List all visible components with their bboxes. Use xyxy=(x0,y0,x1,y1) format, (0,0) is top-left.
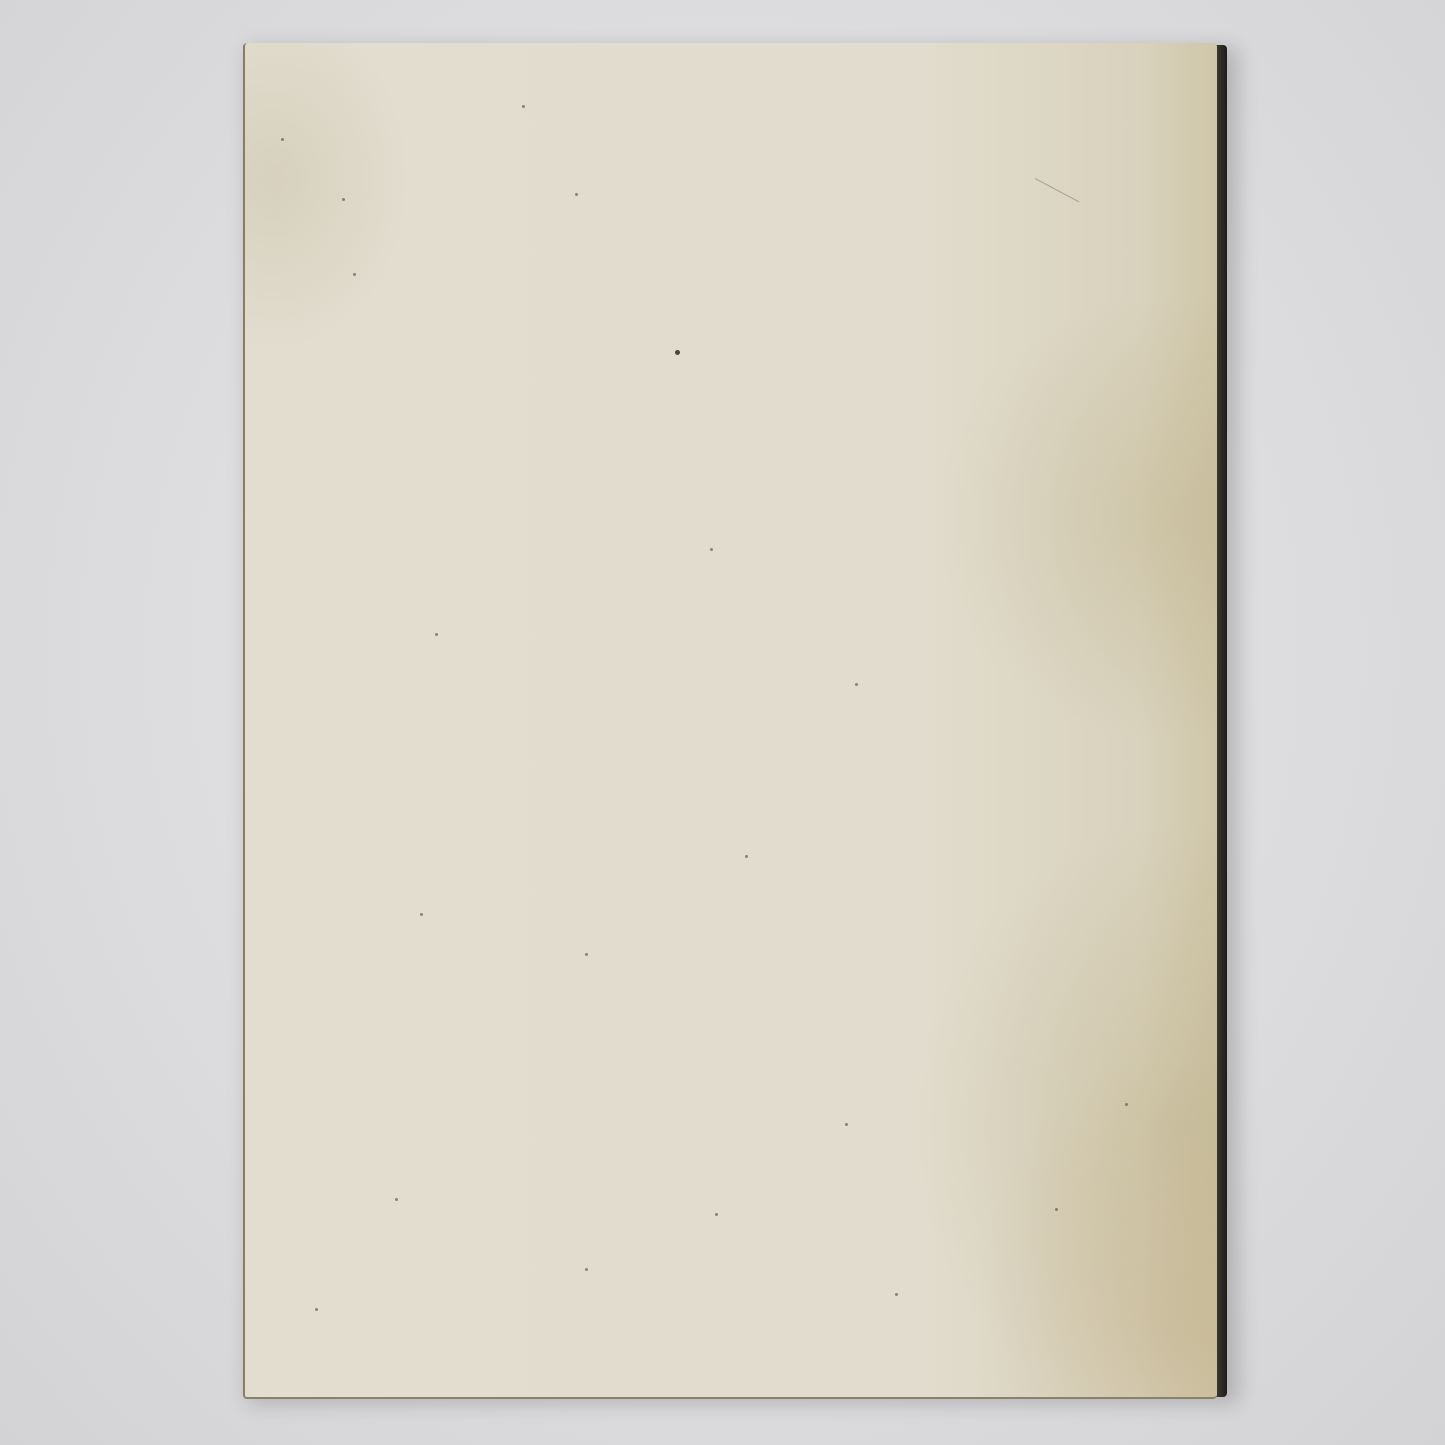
cover-speck xyxy=(342,198,345,201)
cover-speck xyxy=(710,548,713,551)
cover-speck xyxy=(585,953,588,956)
cover-scratch-mark xyxy=(1035,178,1080,202)
cover-speck xyxy=(395,1198,398,1201)
photo-background xyxy=(0,0,1445,1445)
cover-speck xyxy=(1125,1103,1128,1106)
cover-speck xyxy=(1055,1208,1058,1211)
cover-speck xyxy=(435,633,438,636)
cover-speck xyxy=(315,1308,318,1311)
cover-speck xyxy=(715,1213,718,1216)
cover-speck xyxy=(675,350,680,355)
cover-speck xyxy=(575,193,578,196)
cover-speck xyxy=(745,855,748,858)
cover-speck xyxy=(281,138,284,141)
cover-speck xyxy=(585,1268,588,1271)
cover-speck xyxy=(845,1123,848,1126)
cover-speck xyxy=(420,913,423,916)
cover-speck xyxy=(855,683,858,686)
cover-speck xyxy=(353,273,356,276)
cover-speck xyxy=(895,1293,898,1296)
booklet-back-cover xyxy=(243,43,1217,1399)
cover-speck xyxy=(522,105,525,108)
